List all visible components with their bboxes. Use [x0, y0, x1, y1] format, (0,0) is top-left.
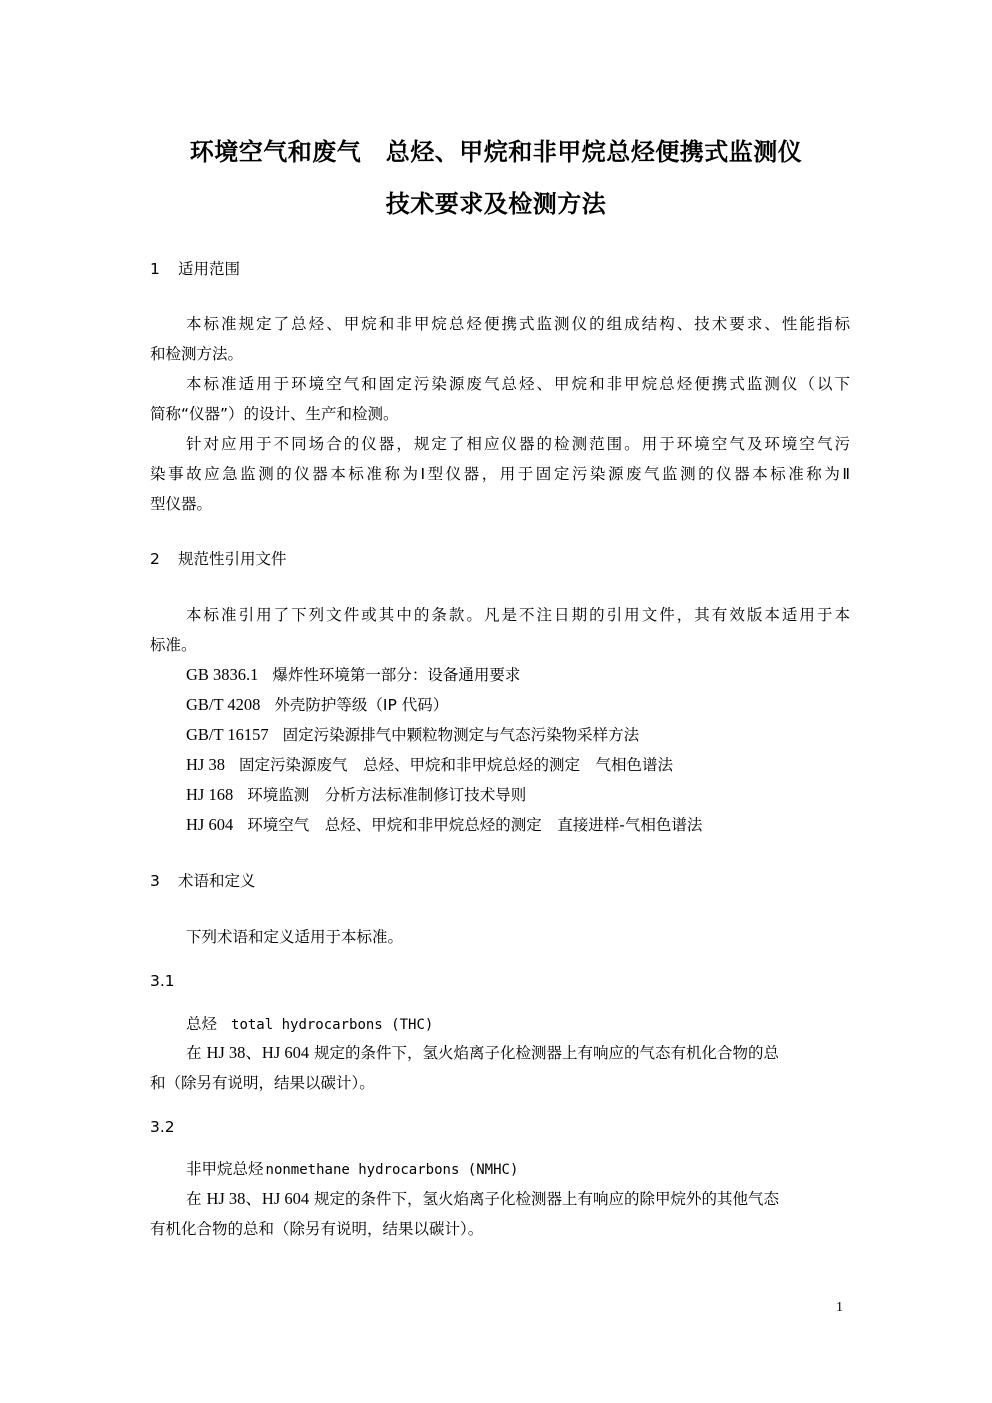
definition-refs: HJ 38、HJ 604	[206, 1189, 309, 1208]
page-number: 1	[836, 1300, 843, 1316]
section-number: 3	[150, 871, 178, 891]
reference-title: 爆炸性环境第一部分：设备通用要求	[272, 666, 520, 684]
term-zh: 总烃	[186, 1015, 217, 1033]
term-definition-line: 在 HJ 38、HJ 604 规定的条件下，氢火焰离子化检测器上有响应的气态有机…	[186, 1043, 850, 1063]
section-number: 1	[150, 259, 178, 279]
paragraph-line: 本标准规定了总烃、甲烷和非甲烷总烃便携式监测仪的组成结构、技术要求、性能指标	[186, 314, 850, 334]
paragraph-line: 简称“仪器”）的设计、生产和检测。	[150, 404, 850, 424]
definition-refs: HJ 38、HJ 604	[206, 1043, 309, 1062]
paragraph-line: 染事故应急监测的仪器本标准称为Ⅰ型仪器，用于固定污染源废气监测的仪器本标准称为Ⅱ	[150, 464, 850, 484]
definition-text: 在	[186, 1190, 206, 1208]
document-page: 环境空气和废气 总烃、甲烷和非甲烷总烃便携式监测仪 技术要求及检测方法 1适用范…	[0, 0, 992, 1403]
reference-item: HJ 604环境空气 总烃、甲烷和非甲烷总烃的测定 直接进样-气相色谱法	[186, 815, 850, 835]
section-title: 规范性引用文件	[178, 550, 287, 568]
definition-text: 在	[186, 1044, 206, 1062]
paragraph-line: 针对应用于不同场合的仪器，规定了相应仪器的检测范围。用于环境空气及环境空气污	[186, 434, 850, 454]
reference-code: HJ 168	[186, 785, 233, 805]
paragraph-line: 下列术语和定义适用于本标准。	[186, 927, 850, 947]
reference-item: HJ 38固定污染源废气 总烃、甲烷和非甲烷总烃的测定 气相色谱法	[186, 755, 850, 775]
reference-item: GB/T 16157固定污染源排气中颗粒物测定与气态污染物采样方法	[186, 725, 850, 745]
section-3-heading: 3术语和定义	[150, 871, 850, 891]
reference-code: HJ 604	[186, 815, 233, 835]
term-definition-line: 和（除另有说明，结果以碳计）。	[150, 1073, 850, 1093]
term-number: 3.2	[150, 1117, 850, 1137]
term-number: 3.1	[150, 971, 850, 991]
reference-item: GB/T 4208外壳防护等级（IP 代码）	[186, 695, 850, 715]
paragraph-line: 型仪器。	[150, 494, 850, 514]
term-heading: 非甲烷总烃nonmethane hydrocarbons (NMHC)	[186, 1159, 850, 1180]
paragraph-line: 本标准适用于环境空气和固定污染源废气总烃、甲烷和非甲烷总烃便携式监测仪（以下	[186, 374, 850, 394]
definition-text: 规定的条件下，氢火焰离子化检测器上有响应的除甲烷外的其他气态	[309, 1190, 779, 1208]
term-definition-line: 在 HJ 38、HJ 604 规定的条件下，氢火焰离子化检测器上有响应的除甲烷外…	[186, 1189, 850, 1209]
reference-code: GB 3836.1	[186, 665, 258, 685]
document-title-line-2: 技术要求及检测方法	[0, 184, 992, 219]
reference-title: 环境空气 总烃、甲烷和非甲烷总烃的测定 直接进样-气相色谱法	[247, 816, 702, 834]
section-1-heading: 1适用范围	[150, 259, 850, 279]
reference-code: GB/T 16157	[186, 725, 269, 745]
term-en: total hydrocarbons (THC)	[231, 1017, 433, 1033]
reference-title: 外壳防护等级（IP 代码）	[274, 696, 448, 714]
term-en: nonmethane hydrocarbons (NMHC)	[266, 1162, 519, 1178]
section-title: 术语和定义	[178, 872, 256, 890]
paragraph-line: 和检测方法。	[150, 344, 850, 364]
definition-text: 规定的条件下，氢火焰离子化检测器上有响应的气态有机化合物的总	[309, 1044, 779, 1062]
reference-code: HJ 38	[186, 755, 225, 775]
term-heading: 总烃total hydrocarbons (THC)	[186, 1014, 850, 1035]
section-2-heading: 2规范性引用文件	[150, 549, 850, 569]
term-definition-line: 有机化合物的总和（除另有说明，结果以碳计）。	[150, 1219, 850, 1239]
term-zh: 非甲烷总烃	[186, 1160, 264, 1178]
paragraph-line: 本标准引用了下列文件或其中的条款。凡是不注日期的引用文件，其有效版本适用于本	[186, 605, 850, 625]
reference-item: GB 3836.1爆炸性环境第一部分：设备通用要求	[186, 665, 850, 685]
paragraph-line: 标准。	[150, 635, 850, 655]
document-title-line-1: 环境空气和废气 总烃、甲烷和非甲烷总烃便携式监测仪	[0, 132, 992, 167]
reference-title: 固定污染源排气中颗粒物测定与气态污染物采样方法	[283, 726, 640, 744]
reference-code: GB/T 4208	[186, 695, 260, 715]
reference-item: HJ 168环境监测 分析方法标准制修订技术导则	[186, 785, 850, 805]
section-number: 2	[150, 549, 178, 569]
reference-title: 固定污染源废气 总烃、甲烷和非甲烷总烃的测定 气相色谱法	[239, 756, 673, 774]
section-title: 适用范围	[178, 260, 240, 278]
reference-title: 环境监测 分析方法标准制修订技术导则	[247, 786, 526, 804]
